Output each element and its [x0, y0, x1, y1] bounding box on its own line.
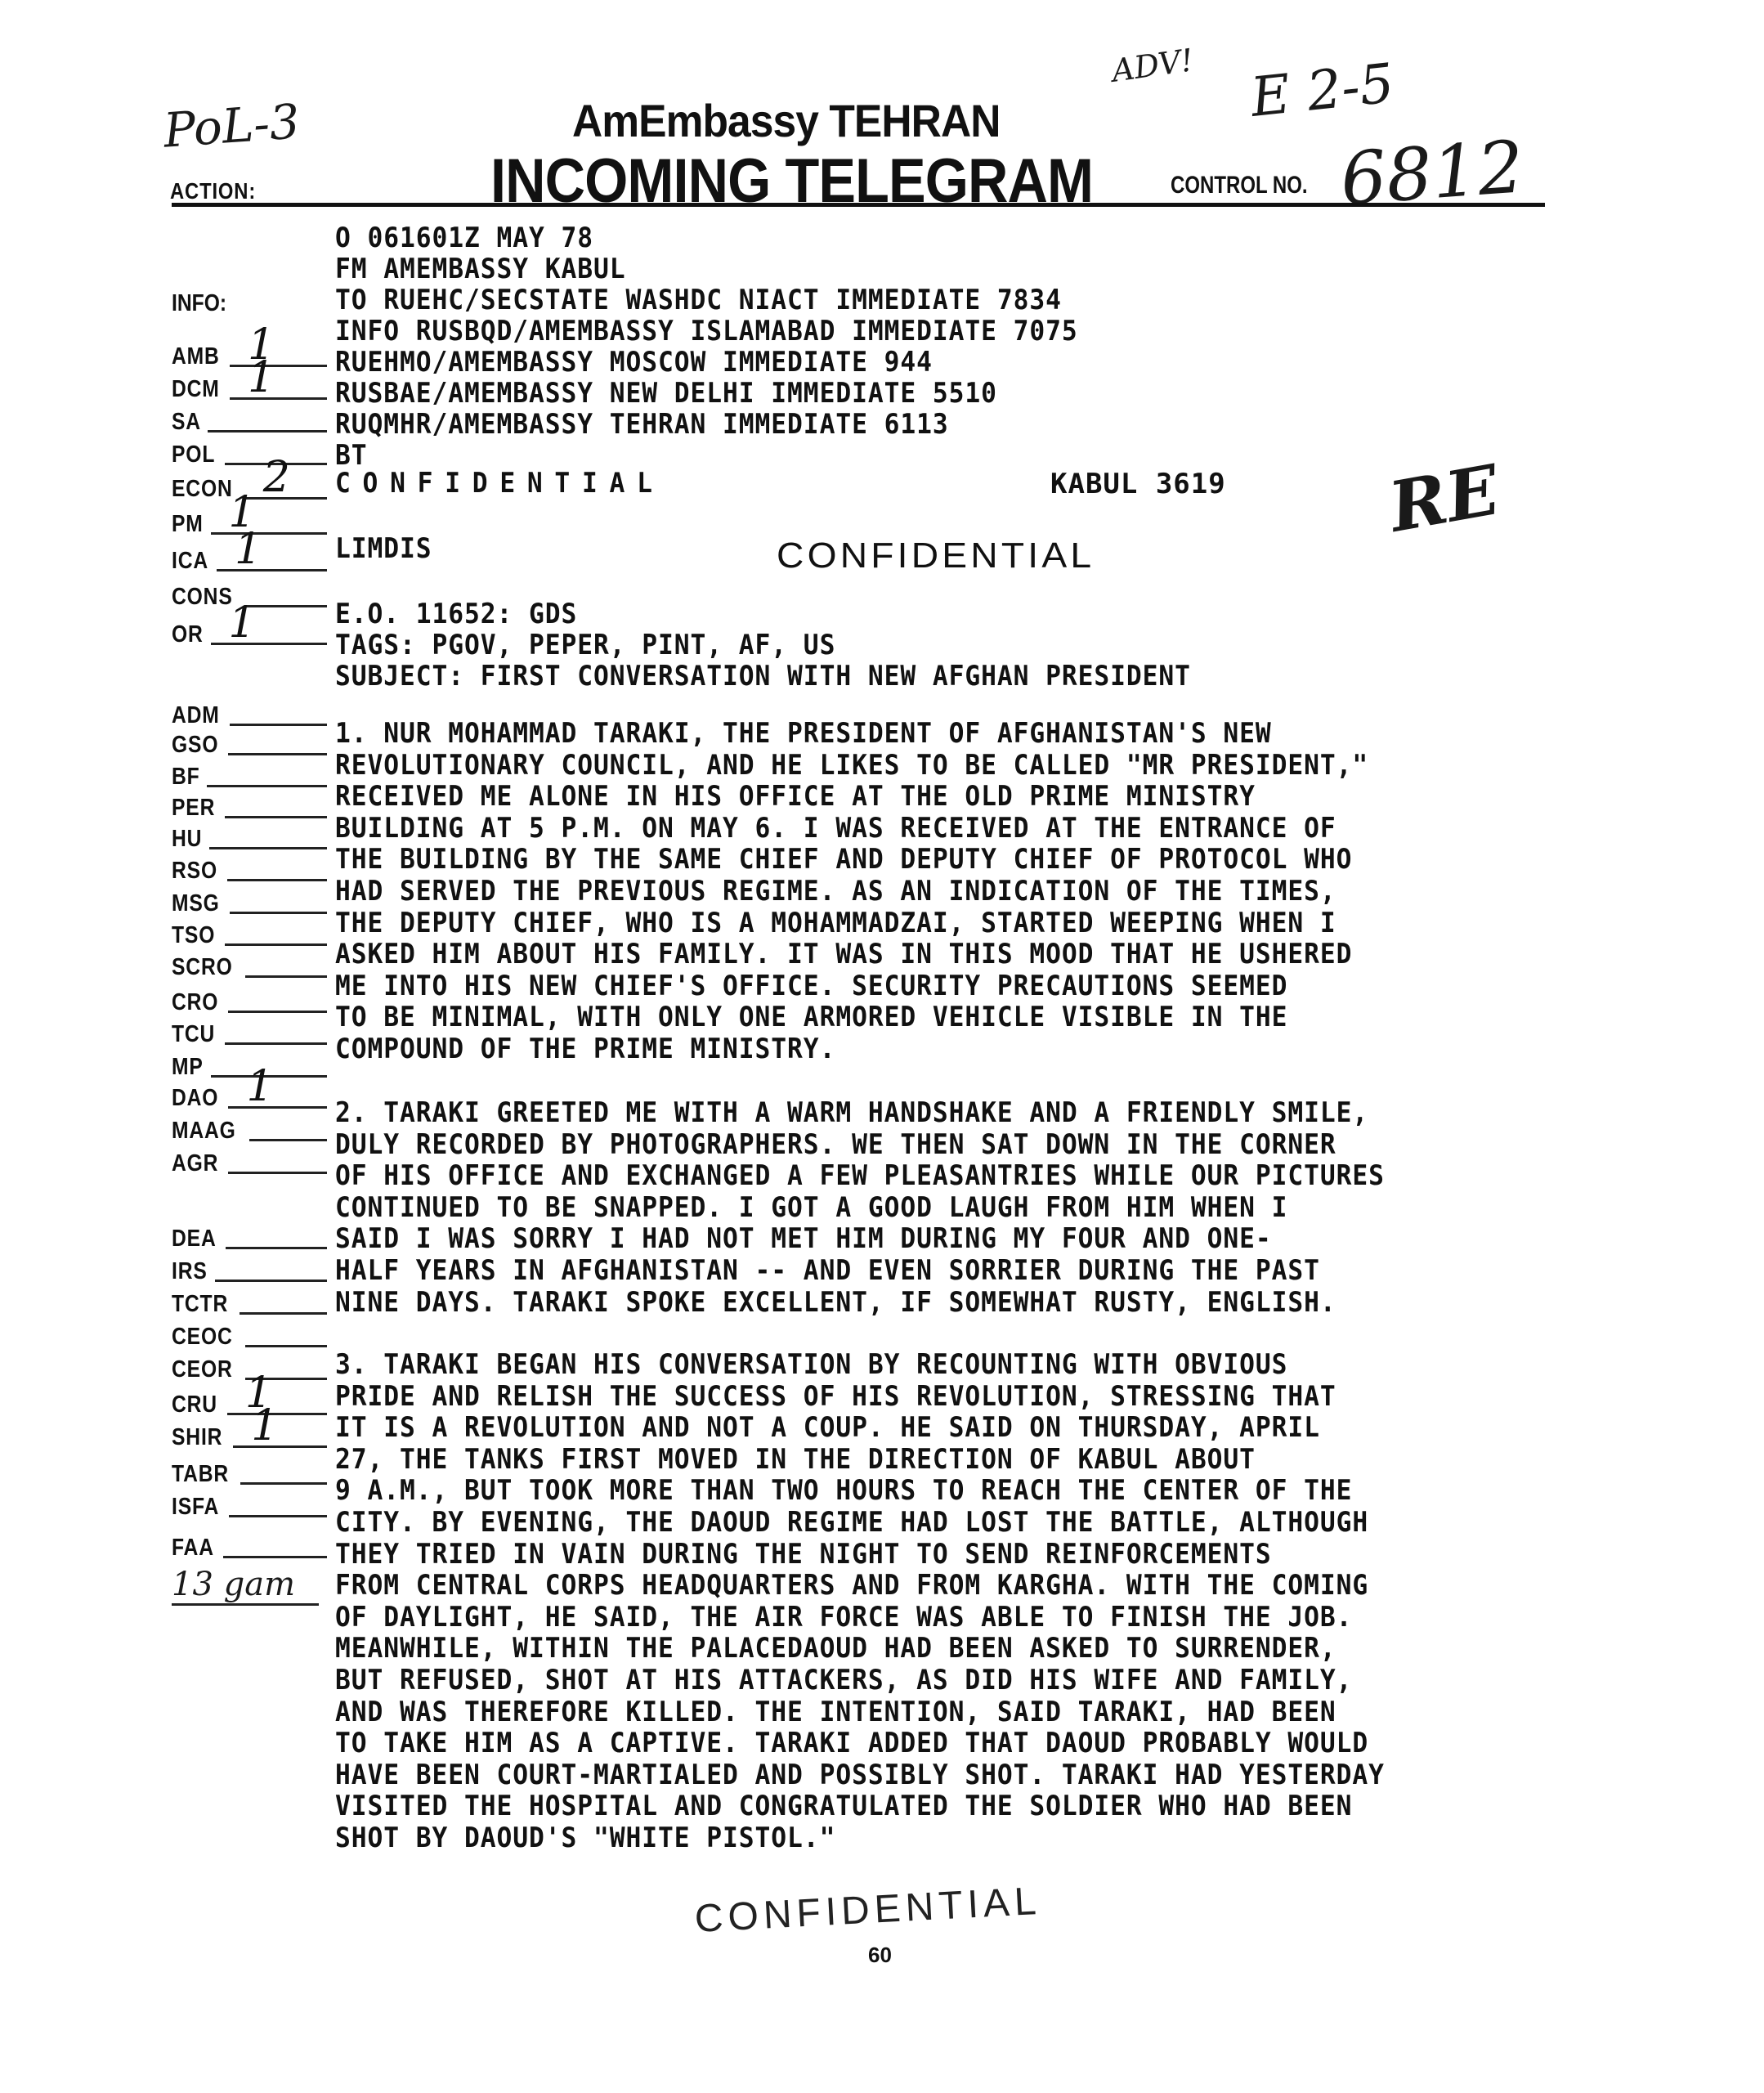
- paragraph-3-line: OF DAYLIGHT, HE SAID, THE AIR FORCE WAS …: [335, 1602, 1352, 1633]
- routing-office-code: PER: [172, 795, 215, 822]
- handwritten-copy-count: 2: [263, 456, 291, 499]
- paragraph-2-line: OF HIS OFFICE AND EXCHANGED A FEW PLEASA…: [335, 1160, 1385, 1191]
- paragraph-1-line: THE DEPUTY CHIEF, WHO IS A MOHAMMADZAI, …: [335, 908, 1336, 939]
- routing-office-code: TSO: [172, 922, 215, 949]
- routing-office-code: AGR: [172, 1150, 218, 1177]
- handwritten-note-top: ADV!: [1109, 42, 1195, 88]
- routing-office-tcu: TCU: [172, 1019, 327, 1048]
- paragraph-1-line: ASKED HIM ABOUT HIS FAMILY. IT WAS IN TH…: [335, 939, 1352, 970]
- routing-office-code: ICA: [172, 548, 208, 575]
- routing-office-code: MSG: [172, 890, 220, 917]
- routing-blank-line: [225, 943, 327, 946]
- handwritten-copy-count: 1: [251, 1405, 279, 1447]
- paragraph-3-line: PRIDE AND RELISH THE SUCCESS OF HIS REVO…: [335, 1381, 1336, 1412]
- routing-office-ceoc: CEOC: [172, 1321, 327, 1351]
- routing-office-code: TCTR: [172, 1291, 228, 1318]
- routing-office-code: DCM: [172, 376, 220, 403]
- paragraph-3-line: FROM CENTRAL CORPS HEADQUARTERS AND FROM…: [335, 1570, 1368, 1601]
- routing-office-isfa: ISFA: [172, 1491, 327, 1521]
- routing-office-tabr: TABR: [172, 1459, 327, 1488]
- paragraph-2-line: 2. TARAKI GREETED ME WITH A WARM HANDSHA…: [335, 1097, 1368, 1128]
- routing-office-code: CEOR: [172, 1356, 233, 1383]
- paragraph-1-line: REVOLUTIONARY COUNCIL, AND HE LIKES TO B…: [335, 750, 1368, 781]
- routing-office-tso: TSO: [172, 920, 327, 949]
- embassy-name: AmEmbassy TEHRAN: [572, 94, 1001, 147]
- routing-office-code: CRO: [172, 989, 218, 1016]
- routing-office-dcm: DCM1: [172, 374, 327, 403]
- routing-office-hu: HU: [172, 823, 327, 853]
- routing-line: INFO RUSBQD/AMEMBASSY ISLAMABAD IMMEDIAT…: [335, 316, 1078, 347]
- paragraph-3-line: TO TAKE HIM AS A CAPTIVE. TARAKI ADDED T…: [335, 1728, 1368, 1759]
- routing-office-cro: CRO: [172, 987, 327, 1016]
- paragraph-3-line: 9 A.M., BUT TOOK MORE THAN TWO HOURS TO …: [335, 1475, 1352, 1506]
- routing-blank-line: [227, 879, 327, 881]
- routing-blank-line: [245, 975, 327, 978]
- paragraph-1-line: ME INTO HIS NEW CHIEF'S OFFICE. SECURITY…: [335, 970, 1287, 1002]
- routing-office-code: PM: [172, 511, 204, 538]
- routing-blank-line: [245, 605, 327, 607]
- routing-office-ica: ICA1: [172, 545, 327, 575]
- routing-office-code: ADM: [172, 702, 220, 729]
- routing-blank-line: 1: [211, 643, 328, 645]
- routing-line: TO RUEHC/SECSTATE WASHDC NIACT IMMEDIATE…: [335, 285, 1062, 316]
- paragraph-3-line: IT IS A REVOLUTION AND NOT A COUP. HE SA…: [335, 1412, 1320, 1443]
- routing-office-code: CONS: [172, 584, 233, 611]
- routing-blank-line: 1: [233, 1445, 327, 1448]
- routing-blank-line: [223, 1556, 327, 1558]
- routing-office-maag: MAAG: [172, 1115, 327, 1145]
- routing-blank-line: [209, 847, 327, 849]
- routing-blank-line: 1: [230, 365, 327, 367]
- routing-line: RUEHMO/AMEMBASSY MOSCOW IMMEDIATE 944: [335, 347, 933, 378]
- routing-line: RUQMHR/AMEMBASSY TEHRAN IMMEDIATE 6113: [335, 409, 949, 440]
- routing-office-code: OR: [172, 621, 204, 648]
- paragraph-3-line: 27, THE TANKS FIRST MOVED IN THE DIRECTI…: [335, 1444, 1256, 1475]
- routing-blank-line: 1: [228, 1106, 327, 1109]
- routing-office-code: TCU: [172, 1021, 215, 1048]
- paragraph-1-line: RECEIVED ME ALONE IN HIS OFFICE AT THE O…: [335, 781, 1256, 812]
- paragraph-1-line: THE BUILDING BY THE SAME CHIEF AND DEPUT…: [335, 844, 1352, 875]
- handwritten-copy-count: 1: [248, 356, 275, 399]
- paragraph-2-line: NINE DAYS. TARAKI SPOKE EXCELLENT, IF SO…: [335, 1287, 1336, 1318]
- paragraph-1-line: TO BE MINIMAL, WITH ONLY ONE ARMORED VEH…: [335, 1002, 1287, 1033]
- routing-blank-line: [240, 1482, 327, 1485]
- routing-line: FM AMEMBASSY KABUL: [335, 253, 626, 285]
- routing-office-pol: POL: [172, 439, 327, 468]
- handwritten-note-right: E 2-5: [1247, 52, 1397, 129]
- tags-line: TAGS: PGOV, PEPER, PINT, AF, US: [335, 630, 835, 661]
- routing-blank-line: [230, 912, 327, 914]
- message-reference: KABUL 3619: [1050, 468, 1226, 500]
- routing-blank-line: 2: [245, 497, 327, 500]
- paragraph-3-line: SHOT BY DAOUD'S "WHITE PISTOL.": [335, 1822, 835, 1853]
- routing-blank-line: [228, 1172, 327, 1174]
- info-label: INFO:: [172, 290, 226, 317]
- routing-blank-line: [249, 1139, 327, 1141]
- routing-office-msg: MSG: [172, 888, 327, 917]
- paragraph-3-line: HAVE BEEN COURT-MARTIALED AND POSSIBLY S…: [335, 1759, 1385, 1790]
- routing-office-code: DAO: [172, 1085, 218, 1112]
- routing-office-code: CEOC: [172, 1324, 233, 1351]
- routing-office-code: BF: [172, 764, 200, 791]
- routing-blank-line: [228, 1011, 327, 1013]
- routing-office-code: FAA: [172, 1535, 214, 1562]
- routing-office-code: IRS: [172, 1258, 208, 1285]
- routing-office-faa: FAA: [172, 1532, 327, 1562]
- routing-blank-line: [230, 724, 327, 726]
- routing-office-dao: DAO1: [172, 1082, 327, 1112]
- page-number: 60: [868, 1943, 892, 1968]
- routing-office-code: RSO: [172, 858, 217, 885]
- routing-blank-line: [240, 1312, 327, 1315]
- routing-blank-line: [245, 1345, 327, 1347]
- routing-blank-line: [228, 753, 327, 755]
- routing-office-code: TABR: [172, 1461, 229, 1488]
- routing-office-code: SHIR: [172, 1424, 222, 1451]
- routing-office-or: OR1: [172, 619, 327, 648]
- routing-blank-line: [229, 1515, 327, 1517]
- routing-blank-line: [215, 1280, 327, 1282]
- distribution-caption: LIMDIS: [335, 533, 432, 564]
- routing-office-per: PER: [172, 792, 327, 822]
- paragraph-3-line: VISITED THE HOSPITAL AND CONGRATULATED T…: [335, 1790, 1352, 1822]
- paragraph-3-line: BUT REFUSED, SHOT AT HIS ATTACKERS, AS D…: [335, 1665, 1352, 1696]
- paragraph-3-line: 3. TARAKI BEGAN HIS CONVERSATION BY RECO…: [335, 1349, 1287, 1380]
- paragraph-3-line: MEANWHILE, WITHIN THE PALACEDAOUD HAD BE…: [335, 1633, 1336, 1664]
- routing-office-code: SCRO: [172, 954, 233, 981]
- paragraph-2-line: CONTINUED TO BE SNAPPED. I GOT A GOOD LA…: [335, 1192, 1287, 1223]
- routing-office-shir: SHIR1: [172, 1422, 327, 1451]
- classification-stamp: CONFIDENTIAL: [777, 536, 1095, 576]
- header-divider: [172, 203, 1545, 207]
- routing-office-cru: CRU1: [172, 1389, 327, 1418]
- routing-blank-line: [225, 816, 327, 818]
- paragraph-1-line: 1. NUR MOHAMMAD TARAKI, THE PRESIDENT OF…: [335, 718, 1272, 749]
- paragraph-1-line: BUILDING AT 5 P.M. ON MAY 6. I WAS RECEI…: [335, 813, 1336, 844]
- routing-office-code: ECON: [172, 476, 233, 503]
- paragraph-3-line: CITY. BY EVENING, THE DAOUD REGIME HAD L…: [335, 1507, 1368, 1538]
- routing-line: O 061601Z MAY 78: [335, 222, 593, 253]
- routing-office-gso: GSO: [172, 729, 327, 759]
- paragraph-3-line: AND WAS THEREFORE KILLED. THE INTENTION,…: [335, 1696, 1336, 1728]
- paragraph-2-line: SAID I WAS SORRY I HAD NOT MET HIM DURIN…: [335, 1223, 1272, 1254]
- routing-office-code: POL: [172, 441, 215, 468]
- routing-office-code: SA: [172, 409, 201, 436]
- routing-office-code: MAAG: [172, 1118, 236, 1145]
- routing-blank-line: 1: [230, 397, 327, 400]
- routing-office-code: AMB: [172, 343, 220, 370]
- routing-office-sa: SA: [172, 406, 327, 436]
- routing-office-code: ISFA: [172, 1494, 219, 1521]
- handwritten-copy-count: 1: [246, 1065, 274, 1108]
- routing-office-agr: AGR: [172, 1148, 327, 1177]
- routing-office-code: GSO: [172, 732, 218, 759]
- executive-order: E.O. 11652: GDS: [335, 598, 577, 630]
- routing-office-adm: ADM: [172, 700, 327, 729]
- routing-office-scro: SCRO: [172, 952, 327, 981]
- classification-line: CONFIDENTIAL: [335, 468, 665, 499]
- routing-office-bf: BF: [172, 761, 327, 791]
- handwritten-initials: RE: [1383, 449, 1505, 548]
- routing-line: RUSBAE/AMEMBASSY NEW DELHI IMMEDIATE 551…: [335, 378, 997, 409]
- paragraph-3-line: THEY TRIED IN VAIN DURING THE NIGHT TO S…: [335, 1539, 1272, 1570]
- routing-office-code: MP: [172, 1054, 204, 1081]
- routing-office-irs: IRS: [172, 1256, 327, 1285]
- routing-office-code: CRU: [172, 1392, 217, 1418]
- paragraph-1-line: HAD SERVED THE PREVIOUS REGIME. AS AN IN…: [335, 876, 1336, 907]
- handwritten-copy-count: 1: [235, 528, 262, 571]
- handwritten-file-code: PoL-3: [162, 93, 302, 158]
- routing-blank-line: 1: [217, 569, 327, 571]
- routing-office-code: HU: [172, 826, 202, 853]
- routing-office-code: DEA: [172, 1226, 217, 1253]
- routing-blank-line: [226, 1247, 327, 1249]
- control-number-label: CONTROL NO.: [1171, 172, 1308, 199]
- handwritten-copy-count: 1: [229, 602, 257, 644]
- routing-office-tctr: TCTR: [172, 1289, 327, 1318]
- routing-blank-line: [208, 430, 327, 432]
- routing-blank-line: 1: [211, 532, 328, 535]
- action-label: ACTION:: [170, 178, 256, 204]
- handwritten-total-copies: 13 gam: [172, 1566, 319, 1606]
- footer-classification-stamp: CONFIDENTIAL: [694, 1879, 1042, 1942]
- paragraph-1-line: COMPOUND OF THE PRIME MINISTRY.: [335, 1033, 835, 1064]
- paragraph-2-line: HALF YEARS IN AFGHANISTAN -- AND EVEN SO…: [335, 1255, 1320, 1286]
- paragraph-2-line: DULY RECORDED BY PHOTOGRAPHERS. WE THEN …: [335, 1129, 1336, 1160]
- routing-office-rso: RSO: [172, 855, 327, 885]
- routing-blank-line: [207, 785, 327, 787]
- routing-blank-line: [225, 1042, 327, 1045]
- routing-office-dea: DEA: [172, 1223, 327, 1253]
- subject-line: SUBJECT: FIRST CONVERSATION WITH NEW AFG…: [335, 661, 1191, 692]
